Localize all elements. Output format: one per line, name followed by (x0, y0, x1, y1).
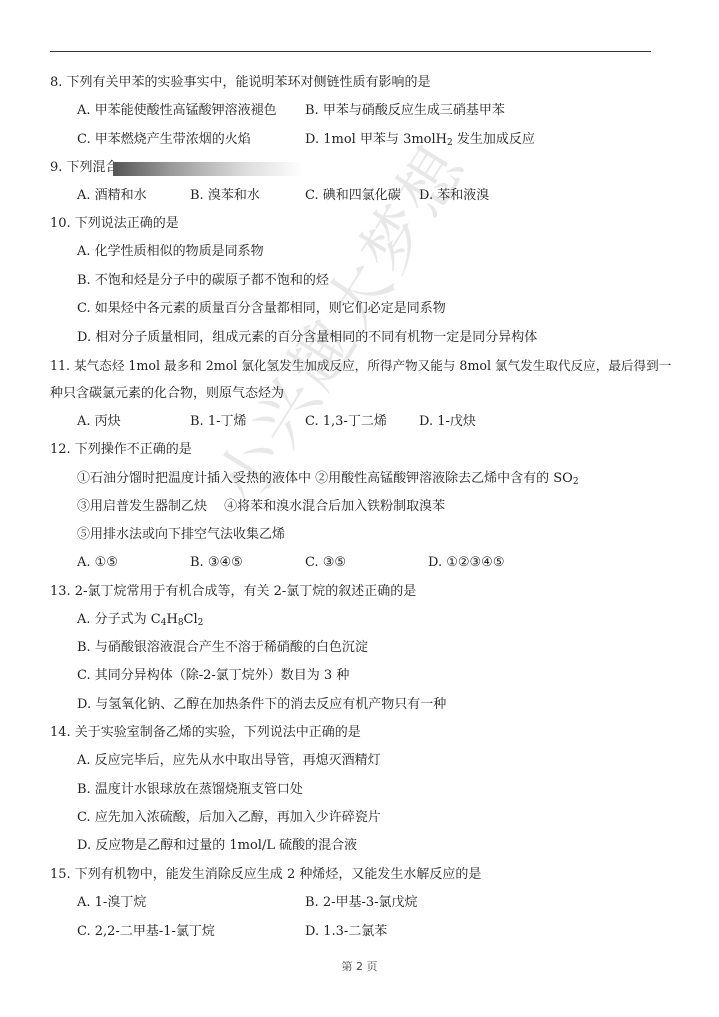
q9-stem: 9. 下列混合 (50, 159, 119, 177)
q9-option-c: C. 碘和四氯化碳 (305, 187, 401, 205)
q10-option-a: A. 化学性质相似的物质是同系物 (77, 243, 264, 261)
q11-option-c: C. 1,3-丁二烯 (305, 413, 387, 431)
q10-option-c: C. 如果烃中各元素的质量百分含量都相同，则它们必定是同系物 (77, 300, 446, 318)
q13-option-b: B. 与硝酸银溶液混合产生不溶于稀硝酸的白色沉淀 (77, 639, 368, 657)
q12-option-c: C. ③⑤ (305, 554, 346, 572)
q11-stem-line1: 11. 某气态烃 1mol 最多和 2mol 氯化氢发生加成反应，所得产物又能与… (50, 357, 671, 375)
watermark: 小兴趣大梦想 (190, 124, 484, 519)
q8-option-c: C. 甲苯燃烧产生带浓烟的火焰 (77, 131, 251, 149)
q8-option-d: D. 1mol 甲苯与 3molH2 发生加成反应 (305, 131, 535, 149)
q13-option-a: A. 分子式为 C4H8Cl2 (77, 611, 203, 629)
q15-option-b: B. 2-甲基-3-氯戊烷 (305, 894, 418, 912)
q14-stem: 14. 关于实验室制备乙烯的实验，下列说法中正确的是 (50, 724, 361, 742)
q8-option-b: B. 甲苯与硝酸反应生成三硝基甲苯 (305, 102, 505, 120)
q10-stem: 10. 下列说法正确的是 (50, 215, 179, 233)
q15-stem: 15. 下列有机物中，能发生消除反应生成 2 种烯烃，又能发生水解反应的是 (50, 866, 481, 884)
page-number: 第 2 页 (0, 958, 719, 974)
q10-option-b: B. 不饱和烃是分子中的碳原子都不饱和的烃 (77, 272, 329, 290)
q10-option-d: D. 相对分子质量相同，组成元素的百分含量相同的不同有机物一定是同分异构体 (77, 329, 537, 347)
q8-stem: 8. 下列有关甲苯的实验事实中，能说明苯环对侧链性质有影响的是 (50, 74, 431, 92)
q13-option-d: D. 与氢氧化钠、乙醇在加热条件下的消去反应有机产物只有一种 (77, 696, 446, 714)
q12-option-b: B. ③④⑤ (190, 554, 243, 572)
q14-option-a: A. 反应完毕后，应先从水中取出导管，再熄灭酒精灯 (77, 752, 381, 770)
q12-item-5: ⑤用排水法或向下排空气法收集乙烯 (77, 526, 285, 544)
q11-option-b: B. 1-丁烯 (190, 413, 246, 431)
q8-option-a: A. 甲苯能使酸性高锰酸钾溶液褪色 (77, 102, 277, 120)
q15-option-a: A. 1-溴丁烷 (77, 894, 146, 912)
header-rule (50, 51, 651, 52)
q14-option-c: C. 应先加入浓硫酸，后加入乙醇，再加入少许碎瓷片 (77, 809, 381, 827)
q13-option-c: C. 其同分异构体（除-2-氯丁烷外）数目为 3 种 (77, 667, 349, 685)
q14-option-d: D. 反应物是乙醇和过量的 1mol/L 硫酸的混合液 (77, 837, 357, 855)
q15-option-d: D. 1.3-二氯苯 (305, 923, 387, 941)
q15-option-c: C. 2,2-二甲基-1-氯丁烷 (77, 923, 215, 941)
q11-stem-line2: 种只含碳氯元素的化合物，则原气态烃为 (50, 385, 284, 403)
q9-option-a: A. 酒精和水 (77, 187, 147, 205)
q9-option-d: D. 苯和液溴 (419, 187, 489, 205)
q11-option-d: D. 1-戊炔 (419, 413, 476, 431)
q11-option-a: A. 丙炔 (77, 413, 121, 431)
q12-items-1-2: ①石油分馏时把温度计插入受热的液体中 ②用酸性高锰酸钾溶液除去乙烯中含有的 SO… (77, 470, 579, 488)
redaction-mask (113, 162, 303, 176)
q12-stem: 12. 下列操作不正确的是 (50, 441, 192, 459)
q14-option-b: B. 温度计水银球放在蒸馏烧瓶支管口处 (77, 781, 303, 799)
q12-items-3-4: ③用启普发生器制乙炔 ④将苯和溴水混合后加入铁粉制取溴苯 (77, 498, 445, 516)
q12-option-a: A. ①⑤ (77, 554, 118, 572)
q9-option-b: B. 溴苯和水 (190, 187, 260, 205)
q12-option-d: D. ①②③④⑤ (428, 554, 505, 572)
q13-stem: 13. 2-氯丁烷常用于有机合成等，有关 2-氯丁烷的叙述正确的是 (50, 583, 416, 601)
